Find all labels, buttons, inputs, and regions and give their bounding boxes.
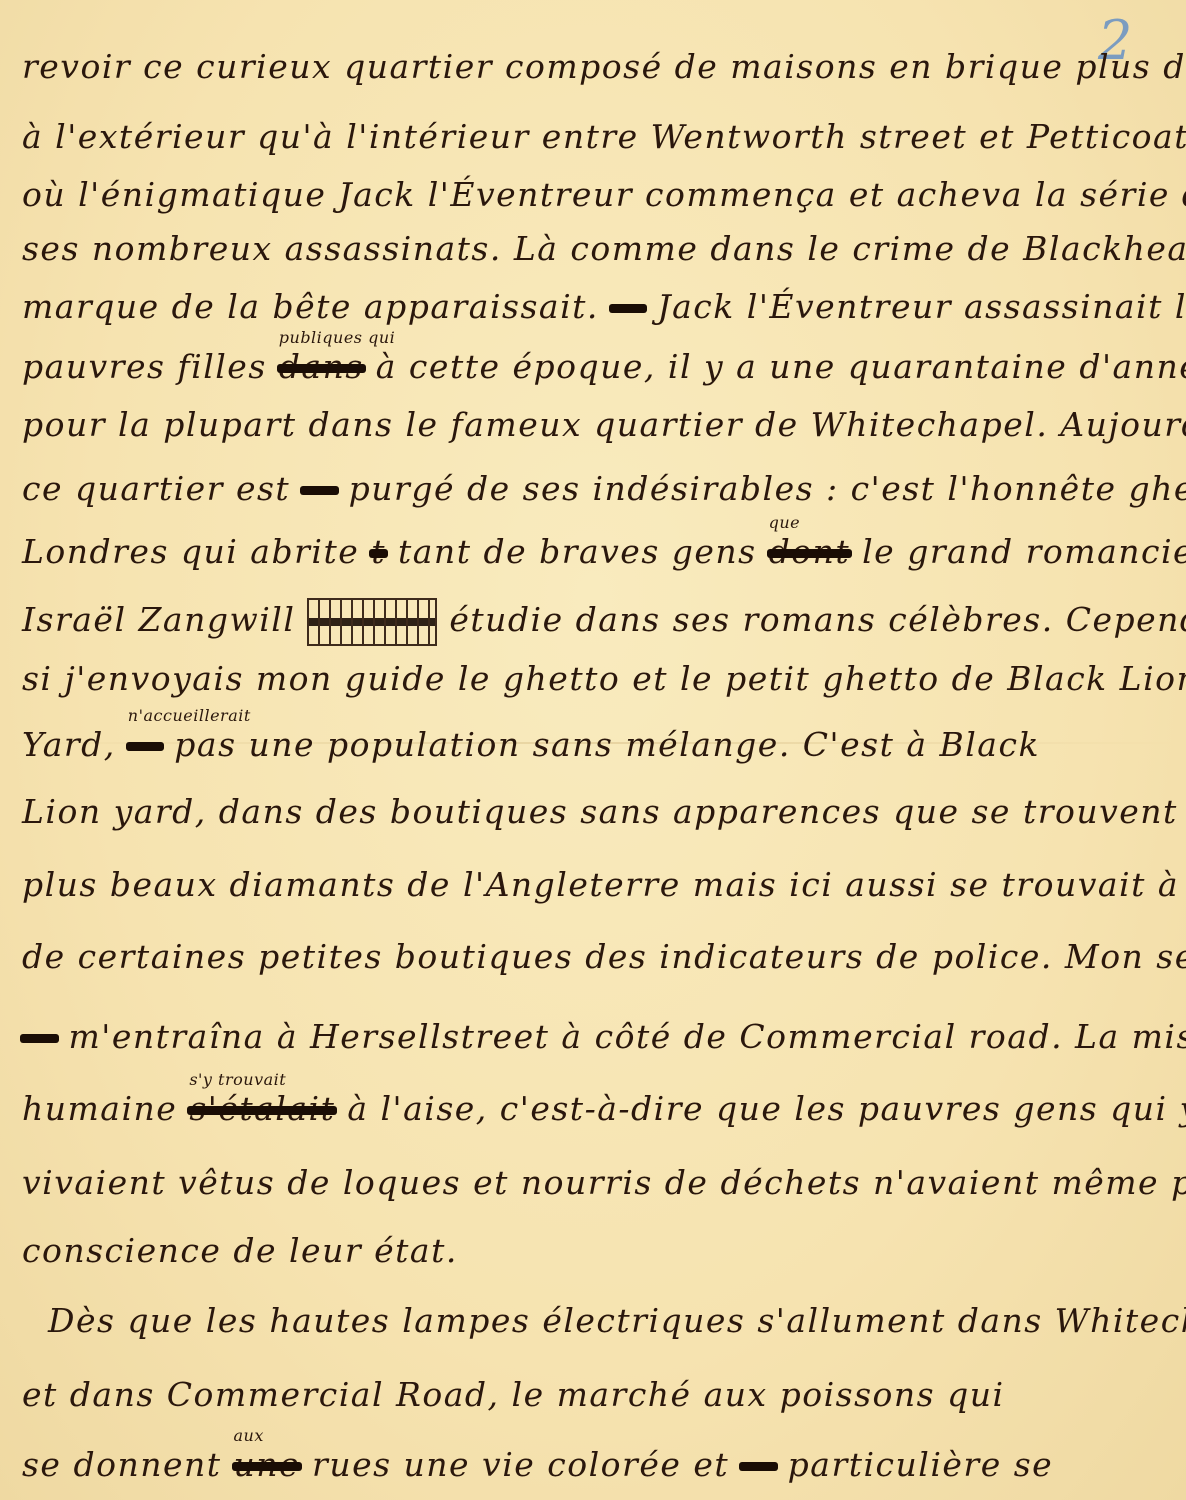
manuscript-line-3: où l'énigmatique Jack l'Éventreur commen… [22,178,1186,211]
line-text: ce quartier est [22,469,290,508]
struck-word: — [22,1020,57,1053]
line-text: Londres qui abrite [22,532,359,571]
manuscript-line-14: plus beaux diamants de l'Angleterre mais… [22,868,1186,901]
struck-word: — [611,290,646,323]
line-text: humaine [22,1089,177,1128]
manuscript-line-2: à l'extérieur qu'à l'intérieur entre Wen… [22,120,1186,153]
inserted-word: s'y trouvait [189,1072,286,1088]
manuscript-page: 2 revoir ce curieux quartier composé de … [0,0,1186,1500]
line-text: le grand romancier [862,532,1186,571]
line-text: particulière se [788,1445,1054,1484]
struck-word: dans [279,350,364,383]
line-text: Yard, [22,725,116,764]
struck-word: t [371,535,386,568]
manuscript-line-12: Yard, n'accueillerait — pas une populati… [22,728,1040,761]
manuscript-line-4: ses nombreux assassinats. Là comme dans … [22,232,1186,265]
manuscript-line-7: pour la plupart dans le fameux quartier … [22,408,1186,441]
correction: publiques qui dans [279,350,364,383]
line-text: pas une population sans mélange. C'est à… [174,725,1040,764]
line-text: étudie dans ses romans célèbres. Cependa… [449,600,1186,639]
manuscript-line-9: Londres qui abrite t tant de braves gens… [22,535,1186,568]
line-text: se donnent [22,1445,222,1484]
line-text: tant de braves gens [398,532,757,571]
manuscript-line-17: humaine s'y trouvait s'étalait à l'aise,… [22,1092,1186,1125]
manuscript-line-16: — m'entraîna à Hersellstreet à côté de C… [22,1020,1186,1053]
line-text: rues une vie colorée et [312,1445,729,1484]
manuscript-line-10: Israël Zangwill étudie dans ses romans c… [22,598,1186,646]
manuscript-line-18: vivaient vêtus de loques et nourris de d… [22,1166,1186,1199]
line-text: à cette époque, il y a une quarantaine d… [376,347,1186,386]
inserted-word: que [769,515,801,531]
inserted-word: n'accueillerait [128,708,251,724]
manuscript-line-20: Dès que les hautes lampes électriques s'… [48,1304,1186,1337]
manuscript-line-5: marque de la bête apparaissait. — Jack l… [22,290,1186,323]
inserted-word: aux [234,1428,264,1444]
manuscript-line-19: conscience de leur état. [22,1234,458,1267]
correction: que dont [769,535,851,568]
correction: aux une [234,1448,301,1481]
scribbled-out-word [307,598,437,646]
line-text: Israël Zangwill [22,600,295,639]
line-text: m'entraîna à Hersellstreet à côté de Com… [69,1017,1186,1056]
struck-word: dont [769,535,851,568]
struck-word: s'étalait [189,1092,335,1125]
manuscript-line-13: Lion yard, dans des boutiques sans appar… [22,795,1186,828]
manuscript-line-8: ce quartier est — purgé de ses indésirab… [22,472,1186,505]
inserted-word: publiques qui [279,330,396,346]
manuscript-line-21: et dans Commercial Road, le marché aux p… [22,1378,1005,1411]
struck-word: — [741,1448,776,1481]
correction: s'y trouvait s'étalait [189,1092,335,1125]
struck-word: une [234,1448,301,1481]
line-text: marque de la bête apparaissait. [22,287,599,326]
line-text: à l'aise, c'est-à-dire que les pauvres g… [347,1089,1186,1128]
manuscript-line-22: se donnent aux une rues une vie colorée … [22,1448,1053,1481]
correction: n'accueillerait — [128,728,163,761]
manuscript-line-6: pauvres filles publiques qui dans à cett… [22,350,1186,383]
manuscript-line-15: de certaines petites boutiques des indic… [22,940,1186,973]
line-text: pauvres filles [22,347,267,386]
struck-word: — [128,728,163,761]
line-text: Jack l'Éventreur assassinait les [657,287,1186,326]
struck-word: — [302,472,337,505]
manuscript-line-1: revoir ce curieux quartier composé de ma… [22,50,1186,83]
manuscript-line-11: si j'envoyais mon guide le ghetto et le … [22,662,1186,695]
line-text: purgé de ses indésirables : c'est l'honn… [349,469,1186,508]
